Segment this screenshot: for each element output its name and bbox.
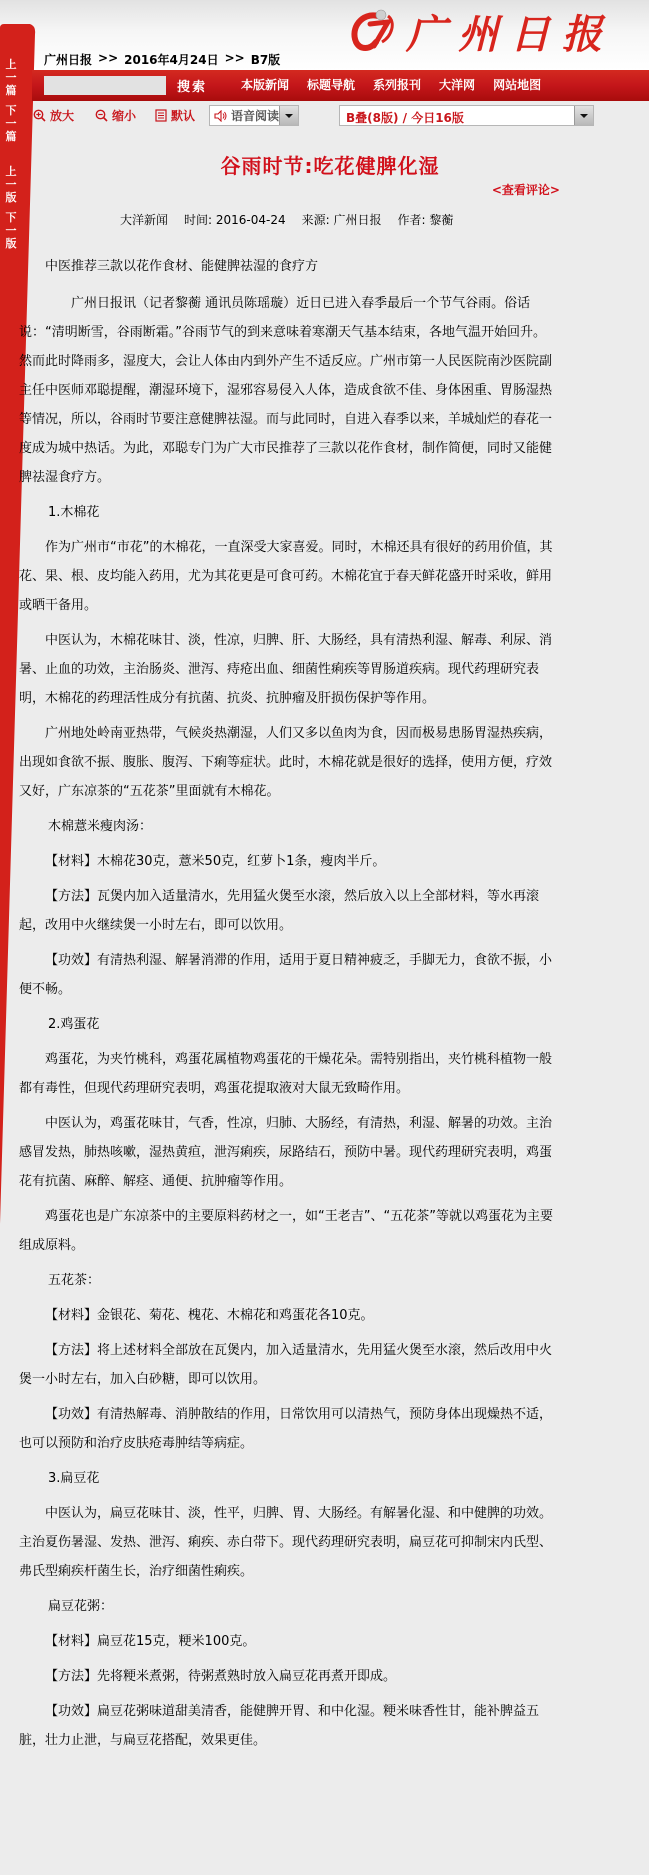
nav-page-news[interactable]: 本版新闻 — [241, 76, 289, 93]
default-size-label: 默认 — [171, 107, 195, 124]
nav-dayoo[interactable]: 大洋网 — [439, 76, 475, 93]
voice-reading-select[interactable]: 语音阅读 — [209, 105, 299, 126]
recipe-name: 五花茶： — [48, 1266, 555, 1295]
zoom-in-icon — [33, 109, 46, 122]
article-body: 中医推荐三款以花作食材、能健脾祛湿的食疗方 广州日报讯（记者黎蘅 通讯员陈瑶璇）… — [45, 252, 555, 1761]
paragraph: 鸡蛋花也是广东凉茶中的主要原料药材之一，如“王老吉”、“五花茶”等就以鸡蛋花为主… — [19, 1202, 555, 1260]
next-article-link[interactable]: 下一篇 — [4, 104, 18, 143]
paragraph: 中医认为，木棉花味甘、淡，性凉，归脾、肝、大肠经，具有清热利湿、解毒、利尿、消暑… — [19, 626, 555, 713]
recipe-effect: 【功效】有清热解毒、消肿散结的作用，日常饮用可以清热气，预防身体出现燥热不适，也… — [19, 1400, 555, 1458]
article-meta: 大洋新闻 时间: 2016-04-24 来源: 广州日报 作者: 黎蘅 — [120, 211, 453, 228]
search-input[interactable] — [44, 76, 166, 95]
recipe-name: 木棉薏米瘦肉汤： — [48, 812, 555, 841]
next-page-link[interactable]: 下一版 — [4, 211, 18, 250]
chevron-down-icon[interactable] — [279, 106, 298, 125]
zoom-out-button[interactable]: 缩小 — [95, 107, 136, 124]
voice-reading-label: 语音阅读 — [231, 107, 279, 124]
paragraph: 广州日报讯（记者黎蘅 通讯员陈瑶璇）近日已进入春季最后一个节气谷雨。俗话说：“清… — [19, 289, 555, 492]
site-logo[interactable]: 广州日报 — [348, 4, 614, 58]
zoom-in-label: 放大 — [50, 107, 74, 124]
recipe-method: 【方法】瓦煲内加入适量清水，先用猛火煲至水滚，然后放入以上全部材料，等水再滚起，… — [19, 882, 555, 940]
zoom-out-icon — [95, 109, 108, 122]
zoom-out-label: 缩小 — [112, 107, 136, 124]
meta-source-site: 大洋新闻 — [120, 211, 168, 228]
navbar: 搜索 本版新闻 标题导航 系列报刊 大洋网 网站地图 — [32, 70, 649, 101]
nav-sitemap[interactable]: 网站地图 — [493, 76, 541, 93]
nav-series-publications[interactable]: 系列报刊 — [373, 76, 421, 93]
breadcrumb-separator: >> — [225, 51, 245, 68]
document-icon — [155, 109, 167, 122]
view-comments-link[interactable]: <查看评论> — [492, 181, 560, 198]
section-heading: 3.扁豆花 — [48, 1464, 555, 1493]
prev-article-link[interactable]: 上一篇 — [4, 58, 18, 97]
article-lead: 中医推荐三款以花作食材、能健脾祛湿的食疗方 — [45, 252, 555, 281]
recipe-ingredients: 【材料】木棉花30克，薏米50克，红萝卜1条，瘦肉半斤。 — [19, 847, 555, 876]
recipe-ingredients: 【材料】金银花、菊花、槐花、木棉花和鸡蛋花各10克。 — [19, 1301, 555, 1330]
zoom-in-button[interactable]: 放大 — [33, 107, 74, 124]
paragraph: 广州地处岭南亚热带，气候炎热潮湿，人们又多以鱼肉为食，因而极易患肠胃湿热疾病，出… — [19, 719, 555, 806]
breadcrumb-date[interactable]: 2016年4月24日 — [124, 51, 218, 68]
prev-page-link[interactable]: 上一版 — [4, 165, 18, 204]
section-heading: 1.木棉花 — [48, 498, 555, 527]
breadcrumb-newspaper[interactable]: 广州日报 — [44, 51, 92, 68]
default-size-button[interactable]: 默认 — [155, 107, 195, 124]
paragraph: 中医认为，鸡蛋花味甘，气香，性凉，归肺、大肠经，有清热，利湿、解暑的功效。主治感… — [19, 1109, 555, 1196]
logo-text: 广州日报 — [406, 3, 614, 60]
paragraph: 鸡蛋花，为夹竹桃科，鸡蛋花属植物鸡蛋花的干燥花朵。需特别指出，夹竹桃科植物一般都… — [19, 1045, 555, 1103]
paragraph: 作为广州市“市花”的木棉花，一直深受大家喜爱。同时，木棉还具有很好的药用价值，其… — [19, 533, 555, 620]
meta-source: 来源: 广州日报 — [302, 211, 382, 228]
recipe-effect: 【功效】扁豆花粥味道甜美清香，能健脾开胃、和中化湿。粳米味香性甘，能补脾益五脏，… — [19, 1697, 555, 1755]
breadcrumb-page[interactable]: B7版 — [251, 51, 281, 68]
recipe-method: 【方法】先将粳米煮粥，待粥煮熟时放入扁豆花再煮开即成。 — [19, 1662, 555, 1691]
nav-links: 本版新闻 标题导航 系列报刊 大洋网 网站地图 — [241, 76, 559, 93]
page-select[interactable]: B叠(8版) / 今日16版 — [339, 105, 594, 126]
section-heading: 2.鸡蛋花 — [48, 1010, 555, 1039]
toolbar: 放大 缩小 默认 语音阅读 B叠(8版) / 今日16版 — [32, 103, 649, 129]
recipe-name: 扁豆花粥： — [48, 1592, 555, 1621]
search-button[interactable]: 搜索 — [177, 76, 207, 95]
recipe-method: 【方法】将上述材料全部放在瓦煲内，加入适量清水，先用猛火煲至水滚，然后改用中火煲… — [19, 1336, 555, 1394]
nav-title-navigation[interactable]: 标题导航 — [307, 76, 355, 93]
meta-author: 作者: 黎蘅 — [398, 211, 454, 228]
page-select-value: B叠(8版) / 今日16版 — [346, 109, 464, 126]
breadcrumb-separator: >> — [98, 51, 118, 68]
logo-emblem-icon — [348, 6, 400, 56]
speaker-icon — [214, 110, 228, 122]
chevron-down-icon[interactable] — [574, 106, 593, 125]
recipe-ingredients: 【材料】扁豆花15克，粳米100克。 — [19, 1627, 555, 1656]
paragraph: 中医认为，扁豆花味甘、淡，性平，归脾、胃、大肠经。有解暑化湿、和中健脾的功效。主… — [19, 1499, 555, 1586]
meta-time: 时间: 2016-04-24 — [184, 211, 286, 228]
recipe-effect: 【功效】有清热利湿、解暑消滞的作用，适用于夏日精神疲乏，手脚无力，食欲不振，小便… — [19, 946, 555, 1004]
article-title: 谷雨时节:吃花健脾化湿 — [40, 150, 620, 179]
breadcrumb: 广州日报 >> 2016年4月24日 >> B7版 — [44, 51, 280, 68]
